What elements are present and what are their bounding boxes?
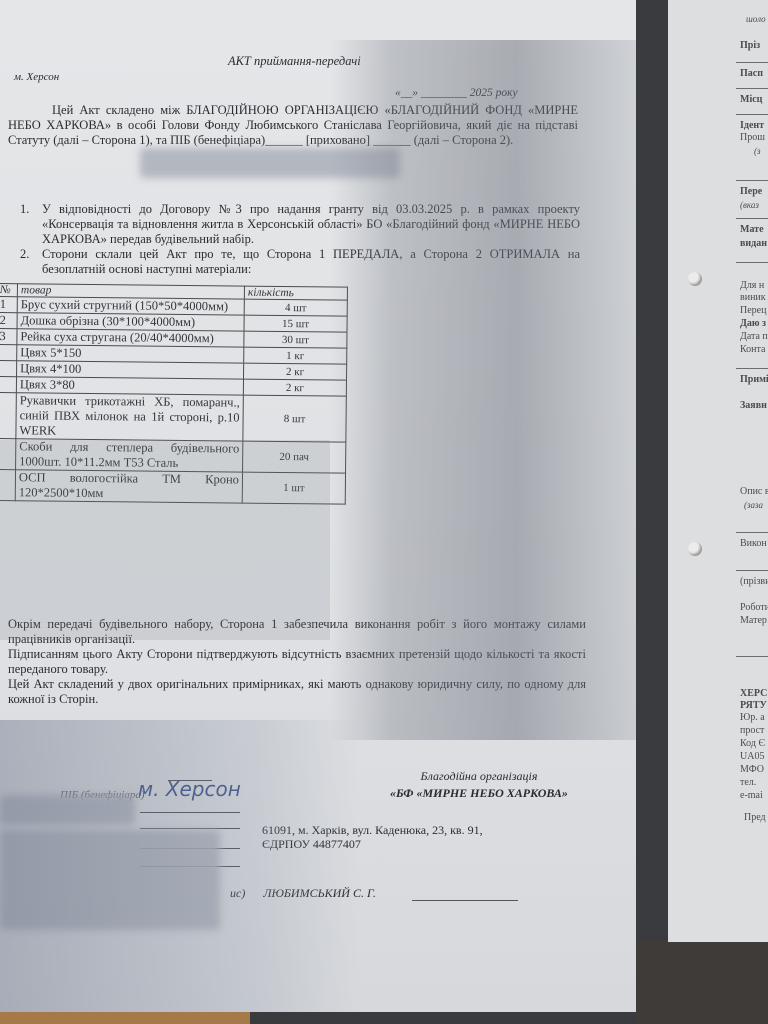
divider xyxy=(736,656,768,657)
right-text: РЯТУ xyxy=(740,700,767,711)
table-row: ОСП вологостійка ТМ Кроно 120*2500*10мм1… xyxy=(0,469,346,504)
org-address: 61091, м. Харків, вул. Каденюка, 23, кв.… xyxy=(262,823,483,851)
cell-qty: 20 пач xyxy=(243,441,346,473)
cell-item: Цвях 4*100 xyxy=(17,361,244,379)
right-text: Прош xyxy=(740,132,765,143)
cell-item: Рейка суха стругана (20/40*4000мм) xyxy=(17,329,244,347)
right-text: Конта xyxy=(740,344,765,355)
cell-qty: 15 шт xyxy=(244,315,347,332)
materials-table: № товар кількість 1Брус сухий стругний (… xyxy=(0,283,348,505)
right-text: Юр. а xyxy=(740,712,765,723)
right-text: e-mai xyxy=(740,790,763,801)
redacted-area xyxy=(0,795,135,825)
cell-no: 1 xyxy=(0,297,17,313)
cell-qty: 1 шт xyxy=(242,472,345,504)
org-line-2: «БФ «МИРНЕ НЕБО ХАРКОВА» xyxy=(390,785,568,802)
org-line-1: Благодійна організація xyxy=(390,768,568,785)
cell-qty: 2 кг xyxy=(243,379,346,396)
divider xyxy=(736,570,768,571)
wooden-floor xyxy=(0,1012,250,1024)
cell-no xyxy=(0,469,16,500)
cell-qty: 4 шт xyxy=(244,299,347,316)
cell-item: Цвях 3*80 xyxy=(16,377,243,395)
right-text: шоло xyxy=(746,14,766,24)
cell-item: ОСП вологостійка ТМ Кроно 120*2500*10мм xyxy=(15,470,242,503)
right-text: ХЕРС xyxy=(740,688,767,699)
clause-text: Сторони склали цей Акт про те, що Сторон… xyxy=(42,247,580,277)
act-document-page: АКТ приймання-передачі м. Херсон «__» __… xyxy=(0,0,636,1012)
right-text: Перец xyxy=(740,305,766,316)
cell-no xyxy=(0,361,17,377)
divider xyxy=(736,114,768,115)
header-no: № xyxy=(0,284,17,297)
divider xyxy=(736,62,768,63)
signer: ис) ЛЮБИМСЬКИЙ С. Г. xyxy=(230,886,376,901)
document-date: «__» ________ 2025 року xyxy=(395,86,518,101)
right-text: Дата п xyxy=(740,331,768,342)
right-text: МФО xyxy=(740,764,764,775)
clause-text: У відповідності до Договору №3 про надан… xyxy=(42,202,580,247)
cell-item: Брус сухий стругний (150*50*4000мм) xyxy=(17,297,244,315)
signature-line xyxy=(140,828,240,829)
divider xyxy=(736,180,768,181)
cell-item: Рукавички трикотажні ХБ, помаранч., сині… xyxy=(16,393,243,441)
cell-qty: 8 шт xyxy=(243,395,346,442)
signer-name: ЛЮБИМСЬКИЙ С. Г. xyxy=(263,886,376,900)
cell-item: Дошка обрізна (30*100*4000мм) xyxy=(17,313,244,331)
right-text: Матер xyxy=(740,615,767,626)
punch-hole xyxy=(688,542,702,556)
clause-number: 1. xyxy=(20,202,42,247)
right-text: UA05 xyxy=(740,751,764,762)
right-text: (прізви xyxy=(740,576,768,587)
intro-paragraph: Цей Акт складено між БЛАГОДІЙНОЮ ОРГАНІЗ… xyxy=(8,103,578,148)
right-text: (заза xyxy=(744,500,763,510)
right-text: Мате xyxy=(740,224,764,235)
cell-qty: 1 кг xyxy=(244,347,347,364)
handwritten-city: м. Херсон xyxy=(138,782,241,797)
right-text: Код Є xyxy=(740,738,765,749)
right-text: прост xyxy=(740,725,764,736)
divider xyxy=(736,262,768,263)
closing-text: Цей Акт складений у двох оригінальних пр… xyxy=(8,677,586,707)
cell-qty: 2 кг xyxy=(244,363,347,380)
signature-line xyxy=(412,900,518,901)
cell-item: Скоби для степлера будівельного 1000шт. … xyxy=(16,439,243,472)
intro-text: Цей Акт складено між БЛАГОДІЙНОЮ ОРГАНІЗ… xyxy=(8,103,578,147)
signer-suffix: ис) xyxy=(230,886,245,900)
cell-no xyxy=(0,438,16,469)
right-text: Заявн xyxy=(740,400,767,411)
cell-item: Цвях 5*150 xyxy=(17,345,244,363)
table-row: Скоби для степлера будівельного 1000шт. … xyxy=(0,438,346,473)
right-text: Для н xyxy=(740,280,764,291)
clauses-list: 1. У відповідності до Договору №3 про на… xyxy=(20,202,580,277)
cell-no: 2 xyxy=(0,313,17,329)
divider xyxy=(736,218,768,219)
right-text: Ідент xyxy=(740,120,764,131)
cell-qty: 30 шт xyxy=(244,331,347,348)
address-line-1: 61091, м. Харків, вул. Каденюка, 23, кв.… xyxy=(262,823,483,837)
closing-text: Окрім передачі будівельного набору, Стор… xyxy=(8,617,586,647)
clause-number: 2. xyxy=(20,247,42,277)
clause-item: 1. У відповідності до Договору №3 про на… xyxy=(20,202,580,247)
table-row: Рукавички трикотажні ХБ, помаранч., сині… xyxy=(0,392,346,442)
right-text: Пасп xyxy=(740,68,763,79)
dark-background xyxy=(636,940,768,1024)
right-text: Пред xyxy=(744,812,766,823)
right-text: (з xyxy=(754,146,761,156)
right-text: Опис в xyxy=(740,486,768,497)
right-text: Пріз xyxy=(740,40,760,51)
document-title: АКТ приймання-передачі xyxy=(228,54,361,69)
cell-no: 3 xyxy=(0,329,17,345)
address-line-2: ЄДРПОУ 44877407 xyxy=(262,837,483,851)
right-text: тел. xyxy=(740,777,756,788)
redacted-area xyxy=(140,148,400,178)
cell-no xyxy=(0,392,16,438)
closing-paragraphs: Окрім передачі будівельного набору, Стор… xyxy=(8,617,586,707)
right-text: виник xyxy=(740,292,766,303)
second-document-page: шоло Пріз Пасп Місц Ідент Прош (з Пере (… xyxy=(668,0,768,942)
right-text: Роботи xyxy=(740,602,768,613)
divider xyxy=(736,532,768,533)
document-city: м. Херсон xyxy=(14,70,59,85)
clause-item: 2. Сторони склали цей Акт про те, що Сто… xyxy=(20,247,580,277)
redacted-area xyxy=(0,830,220,930)
right-text: Даю з xyxy=(740,318,766,329)
cell-no xyxy=(0,377,17,393)
right-text: (вказ xyxy=(740,200,759,210)
right-text: Примі xyxy=(740,374,768,385)
right-text: Викон xyxy=(740,538,767,549)
right-text: Пере xyxy=(740,186,762,197)
divider xyxy=(736,88,768,89)
closing-text: Підписанням цього Акту Сторони підтвердж… xyxy=(8,647,586,677)
organization-block: Благодійна організація «БФ «МИРНЕ НЕБО Х… xyxy=(390,768,568,802)
right-text: Місц xyxy=(740,94,762,105)
punch-hole xyxy=(688,272,702,286)
header-qty: кількість xyxy=(244,286,347,300)
divider xyxy=(736,368,768,369)
right-text: видан xyxy=(740,238,767,249)
cell-no xyxy=(0,345,17,361)
signature-line xyxy=(140,812,240,813)
